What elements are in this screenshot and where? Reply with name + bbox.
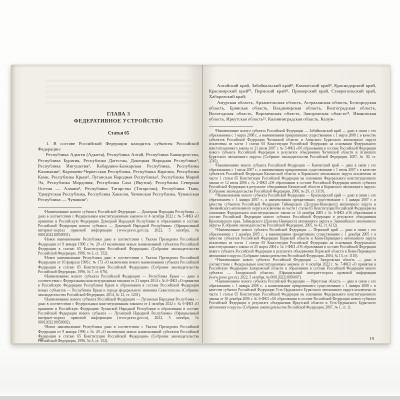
page-number-right: 19: [370, 336, 375, 341]
footnote-12: ¹²Наименование нового субъекта Российско…: [209, 258, 376, 279]
page-top-edge: [11, 65, 390, 68]
footnote-13: ¹³Наименование нового субъекта Российско…: [209, 280, 376, 310]
footnote-8: ⁸Наименование нового субъекта Российской…: [209, 129, 376, 163]
page-right: Алтайский край, Забайкальский край⁸, Кам…: [209, 83, 376, 344]
chapter-title-heading: ФЕДЕРАТИВНОЕ УСТРОЙСТВО: [38, 118, 199, 125]
footnote-11: ¹¹Наименование нового субъекта Российско…: [209, 228, 376, 258]
footnote-10: ¹⁰Наименование нового субъекта Российско…: [209, 194, 376, 228]
footnote-6: ⁶Новое наименование Республики дано в со…: [38, 325, 199, 343]
article-heading: Статья 65: [38, 131, 199, 137]
chapter-number-heading: ГЛАВА 3: [38, 111, 199, 118]
footnote-separator: [209, 127, 253, 128]
page-bleedthrough-text: [46, 80, 191, 105]
footnote-5: ⁵Наименование нового субъекта Российской…: [38, 297, 199, 325]
page-stack-edge: [11, 65, 16, 343]
republics-list-paragraph: Республика Адыгея (Адыгея), Республика А…: [38, 152, 199, 202]
footnote-9: ⁹Наименование нового субъекта Российской…: [209, 164, 376, 194]
footnote-separator: [38, 207, 82, 208]
article-paragraph: 1. В составе Российской Федерации находя…: [38, 141, 199, 152]
footnote-2: ²Новое наименование Республики дано в со…: [38, 237, 199, 255]
footnote-block: ⁸Наименование нового субъекта Российской…: [209, 129, 376, 320]
book-photo: ГЛАВА 3 ФЕДЕРАТИВНОЕ УСТРОЙСТВО Статья 6…: [0, 0, 400, 400]
footnote-1: ¹Наименование нового субъекта Российской…: [38, 210, 199, 238]
page-number-left: 18: [39, 337, 44, 342]
krai-list-paragraph: Алтайский край, Забайкальский край⁸, Кам…: [209, 83, 376, 100]
open-book-spread: ГЛАВА 3 ФЕДЕРАТИВНОЕ УСТРОЙСТВО Статья 6…: [11, 65, 390, 344]
footnote-4: ⁴Наименование нового субъекта Российской…: [38, 274, 199, 297]
footnote-3: ³Новое наименование Республики дано в со…: [38, 256, 199, 274]
photo-bottom-edge: [0, 396, 400, 400]
book-gutter: [202, 65, 203, 343]
footnote-7: ⁷Новое наименование Республики дано в со…: [38, 343, 199, 344]
page-left: ГЛАВА 3 ФЕДЕРАТИВНОЕ УСТРОЙСТВО Статья 6…: [38, 111, 199, 344]
oblast-list-paragraph: Амурская область, Архангельская область,…: [209, 100, 376, 122]
